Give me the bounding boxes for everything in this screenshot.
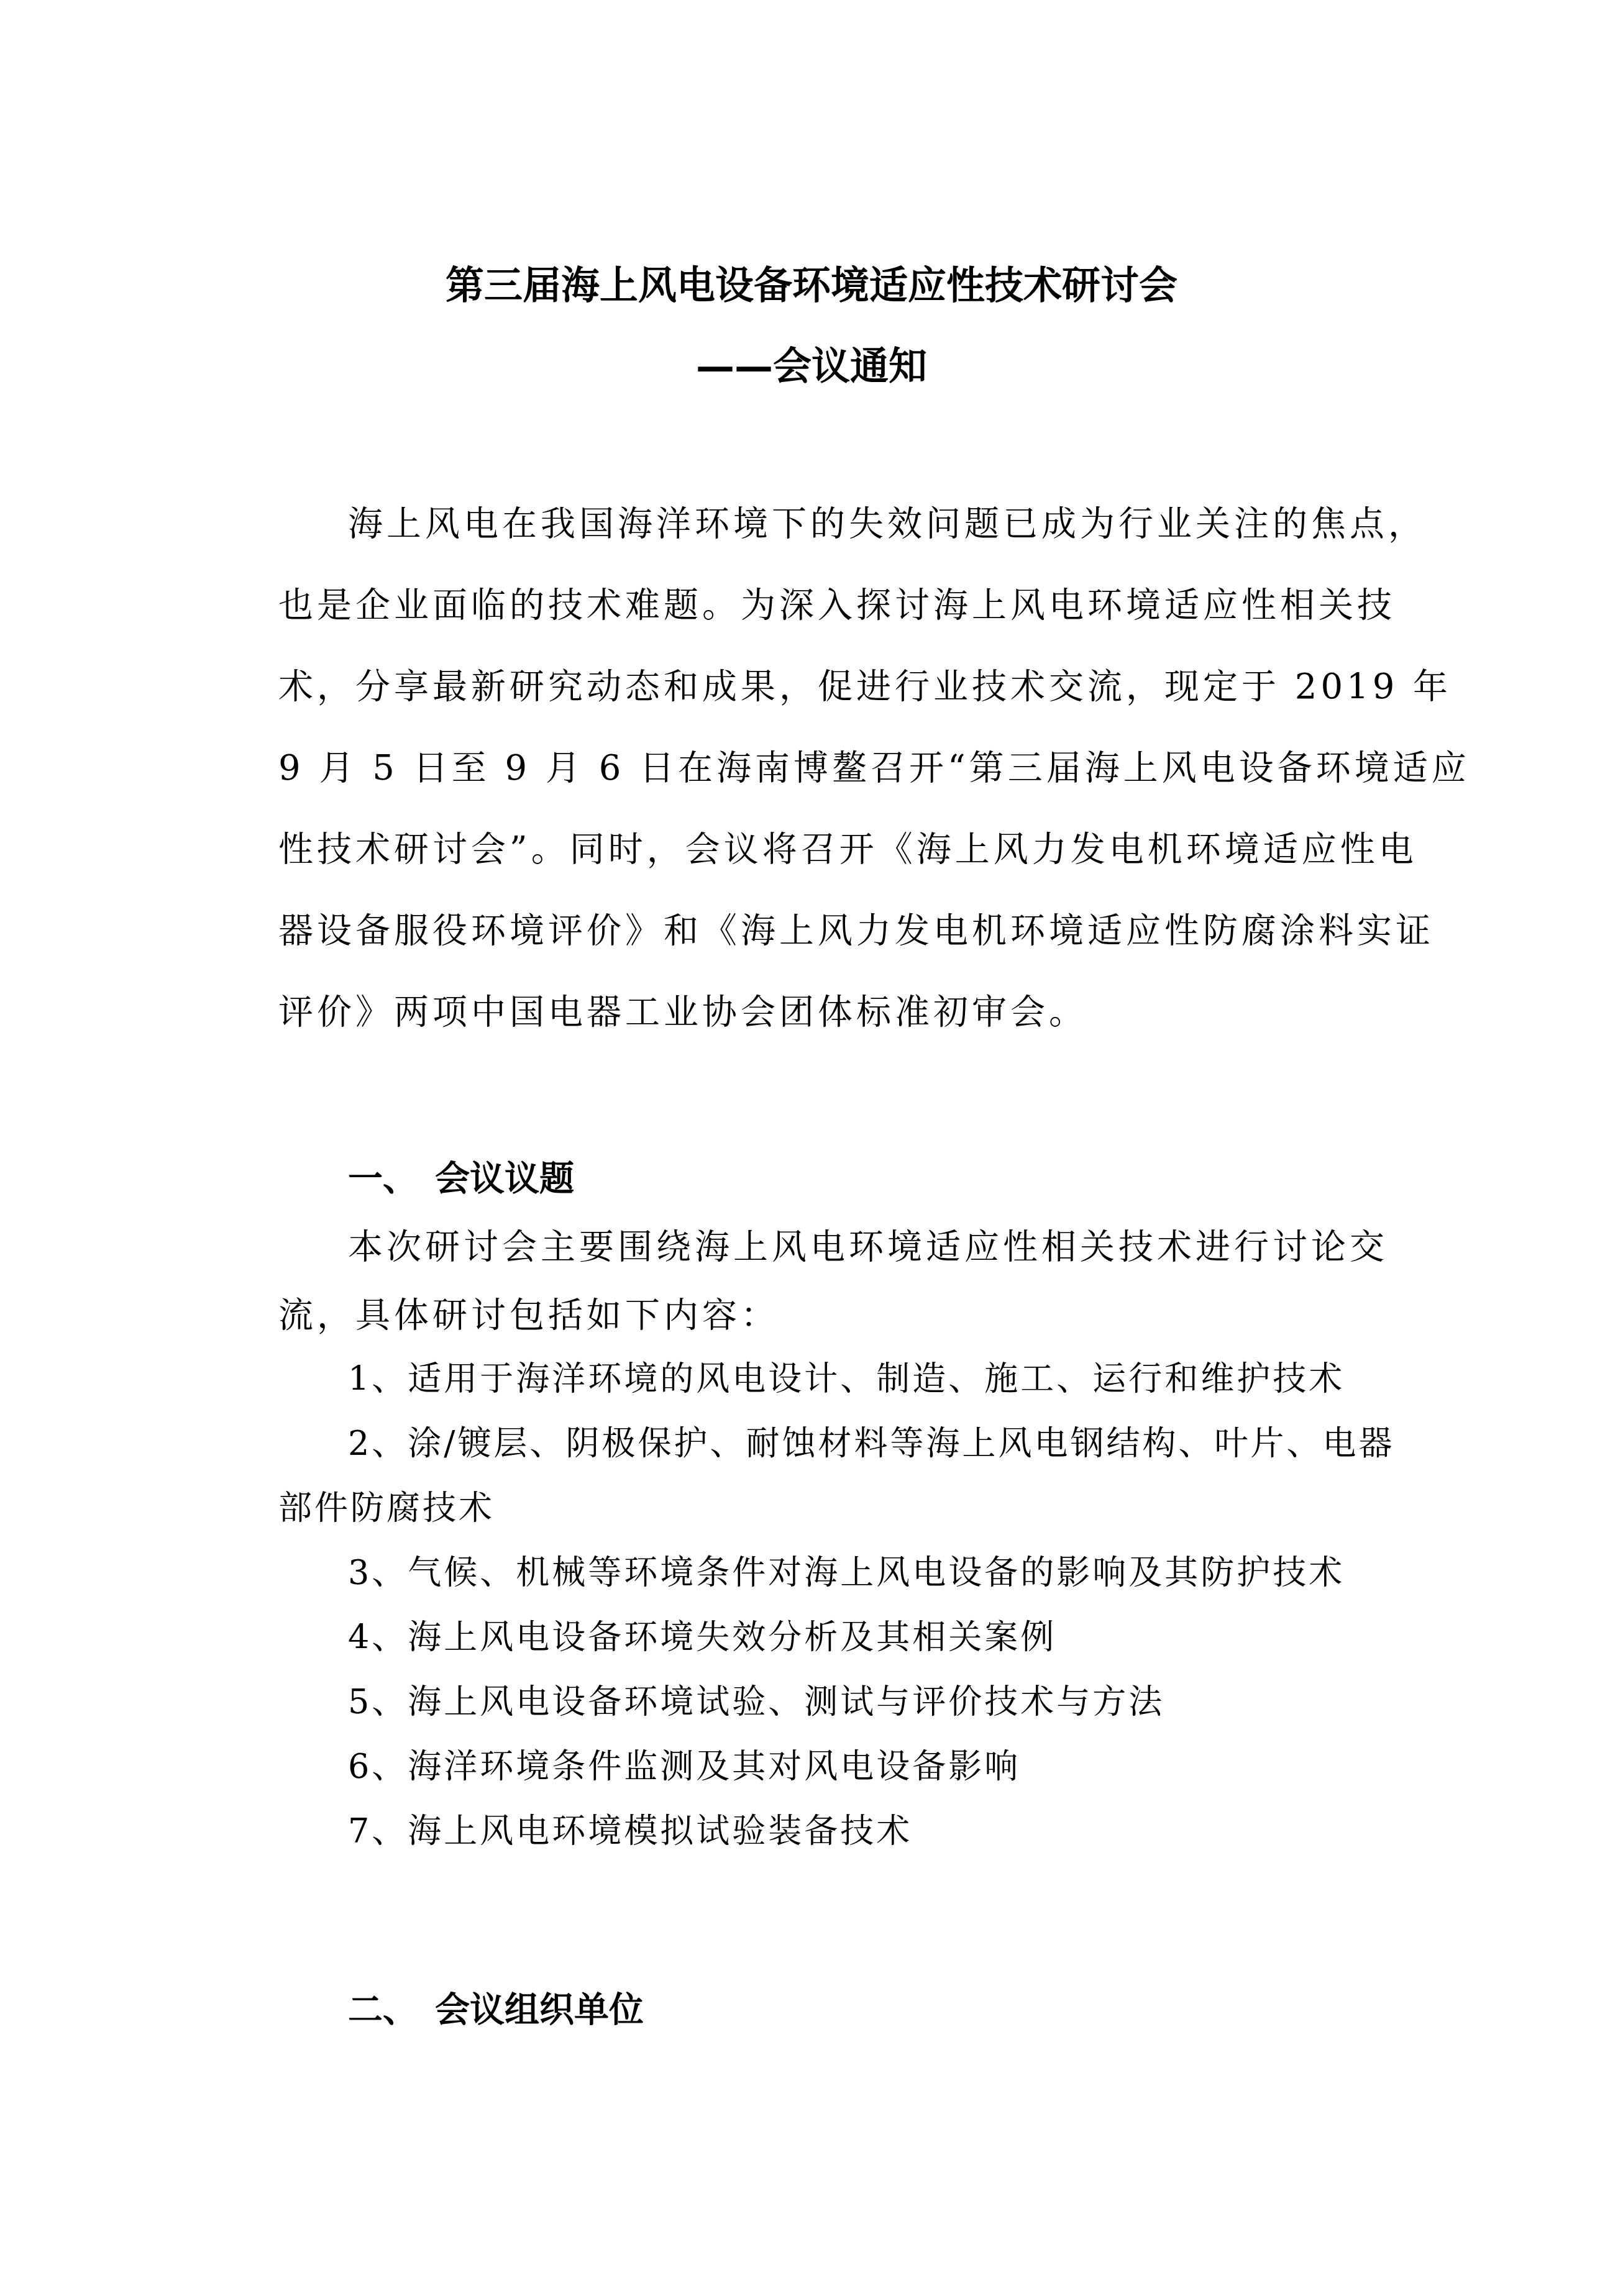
section-heading: 二、会议组织单位 bbox=[348, 1988, 644, 2033]
paragraph-line: 本次研讨会主要围绕海上风电环境适应性相关技术进行讨论交 bbox=[348, 1225, 1360, 1270]
document-page: 第三届海上风电设备环境适应性技术研讨会 ——会议通知 海上风电在我国海洋环境下的… bbox=[0, 0, 1623, 2296]
paragraph-line: 9 月 5 日至 9 月 6 日在海南博鳌召开“第三届海上风电设备环境适应 bbox=[278, 746, 1360, 791]
document-subtitle: ——会议通知 bbox=[0, 342, 1623, 391]
list-item: 4、海上风电设备环境失效分析及其相关案例 bbox=[348, 1615, 1056, 1660]
list-item: 1、适用于海洋环境的风电设计、制造、施工、运行和维护技术 bbox=[348, 1357, 1345, 1401]
section-number: 二、 bbox=[348, 1988, 435, 2033]
paragraph-line: 海上风电在我国海洋环境下的失效问题已成为行业关注的焦点， bbox=[348, 502, 1360, 547]
list-item: 3、气候、机械等环境条件对海上风电设备的影响及其防护技术 bbox=[348, 1551, 1345, 1595]
paragraph-line: 也是企业面临的技术难题。为深入探讨海上风电环境适应性相关技 bbox=[278, 583, 1360, 628]
paragraph-line: 流，具体研讨包括如下内容： bbox=[278, 1293, 1360, 1338]
document-title: 第三届海上风电设备环境适应性技术研讨会 bbox=[0, 261, 1623, 311]
section-heading: 一、会议议题 bbox=[348, 1157, 574, 1201]
section-title: 会议议题 bbox=[435, 1159, 574, 1199]
list-item-continuation: 部件防腐技术 bbox=[278, 1486, 495, 1531]
section-title: 会议组织单位 bbox=[435, 1990, 644, 2030]
paragraph-line: 性技术研讨会”。同时，会议将召开《海上风力发电机环境适应性电 bbox=[278, 827, 1360, 872]
list-item: 5、海上风电设备环境试验、测试与评价技术与方法 bbox=[348, 1680, 1164, 1724]
section-number: 一、 bbox=[348, 1157, 435, 1201]
paragraph-line: 术，分享最新研究动态和成果，促进行业技术交流，现定于 2019 年 bbox=[278, 665, 1360, 709]
paragraph-line: 器设备服役环境评价》和《海上风力发电机环境适应性防腐涂料实证 bbox=[278, 909, 1360, 954]
list-item: 2、涂/镀层、阴极保护、耐蚀材料等海上风电钢结构、叶片、电器 bbox=[348, 1421, 1395, 1466]
paragraph-line: 评价》两项中国电器工业协会团体标准初审会。 bbox=[278, 990, 1360, 1035]
list-item: 6、海洋环境条件监测及其对风电设备影响 bbox=[348, 1744, 1020, 1789]
list-item: 7、海上风电环境模拟试验装备技术 bbox=[348, 1809, 912, 1854]
